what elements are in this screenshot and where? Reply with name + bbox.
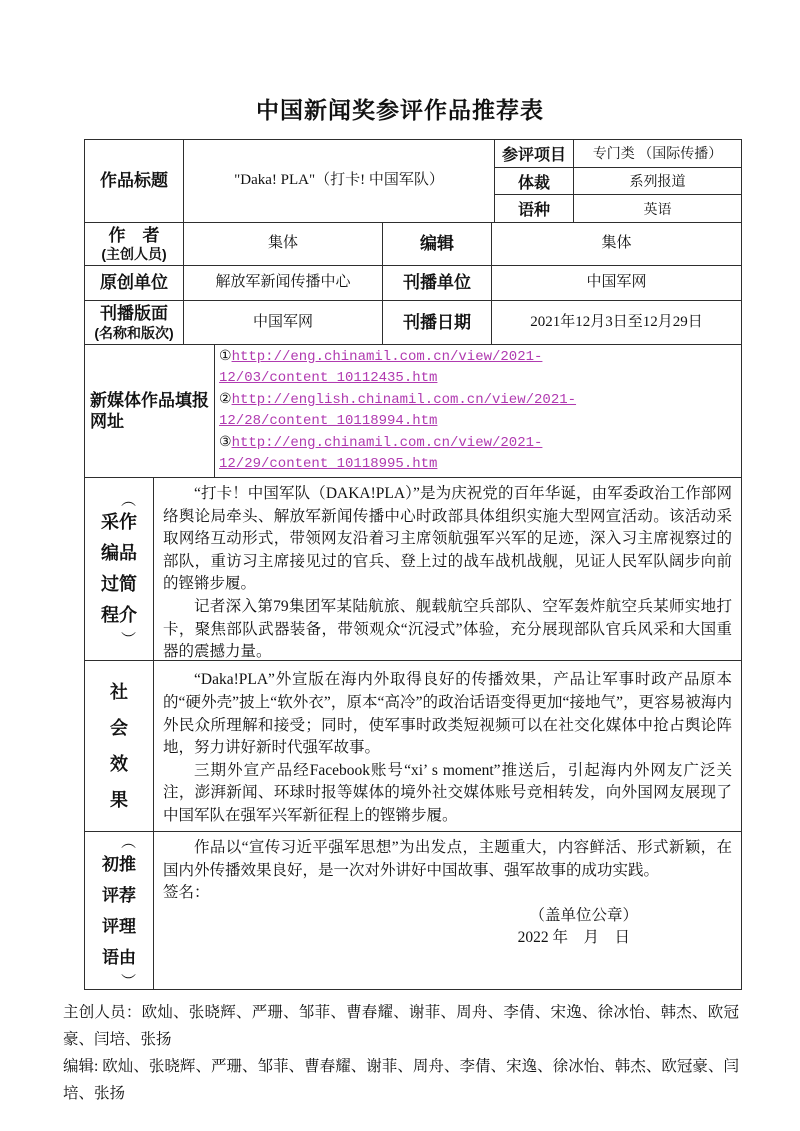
review-label-right: （ 推荐理由 ） — [119, 834, 136, 988]
author-value-cell: 集体 — [183, 223, 382, 265]
url-list: ①http://eng.chinamil.com.cn/view/2021-12… — [214, 345, 741, 477]
process-label-right-chars: 作品简介 — [119, 507, 137, 631]
url-link[interactable]: 12/28/content_10118994.htm — [219, 413, 437, 429]
meta-block: 参评项目 专门类 （国际传播） 体裁 系列报道 语种 英语 — [494, 140, 741, 222]
row-urls: 新媒体作品填报 网址 ①http://eng.chinamil.com.cn/v… — [85, 344, 741, 477]
paragraph: “Daka!PLA”外宣版在海内外取得良好的传播效果，产品让军事时政产品原本的“… — [163, 669, 732, 759]
author-label-cell: 作 者 (主创人员) — [85, 223, 183, 265]
vertical-label-char: 社 — [110, 674, 128, 710]
entry-category-label: 参评项目 — [495, 140, 573, 167]
entry-category-row: 参评项目 专门类 （国际传播） — [495, 140, 741, 167]
vertical-label-char: 推 — [119, 849, 136, 880]
publish-page-label: 刊播版面 — [100, 303, 168, 324]
publish-date-label: 刊播日期 — [403, 312, 471, 333]
vertical-label-char: 果 — [110, 782, 128, 818]
credits-footer: 主创人员：欧灿、张晓辉、严珊、邹菲、曹春耀、谢菲、周舟、李倩、宋逸、徐冰怡、韩杰… — [63, 999, 739, 1107]
vertical-label-char: 评 — [102, 911, 119, 942]
review-label-cell: 初评评语 （ 推荐理由 ） — [85, 832, 153, 989]
vertical-label-char: 过 — [101, 569, 119, 600]
url-line-continuation: 12/29/content_10118995.htm — [219, 454, 437, 476]
entry-category-value: 专门类 （国际传播） — [573, 140, 741, 167]
url-line: ①http://eng.chinamil.com.cn/view/2021- — [219, 347, 542, 369]
row-effect: 社会效果 “Daka!PLA”外宣版在海内外取得良好的传播效果，产品让军事时政产… — [85, 660, 741, 831]
publish-page-label-cell: 刊播版面 (名称和版次) — [85, 301, 183, 344]
original-unit-value: 解放军新闻传播中心 — [215, 273, 350, 293]
publish-unit-label-cell: 刊播单位 — [382, 266, 491, 300]
page-title: 中国新闻奖参评作品推荐表 — [0, 0, 800, 125]
publish-unit-value-cell: 中国军网 — [491, 266, 741, 300]
review-label-right-chars: 推荐理由 — [119, 849, 136, 973]
document-page: 中国新闻奖参评作品推荐表 作品标题 "Daka! PLA"（打卡! 中国军队） … — [0, 0, 800, 1131]
vertical-label-char: 作 — [119, 507, 137, 538]
work-title-label: 作品标题 — [100, 170, 168, 191]
close-paren: ） — [120, 631, 135, 646]
vertical-label-char: 语 — [102, 942, 119, 973]
vertical-label-char: 评 — [102, 880, 119, 911]
vertical-label-char: 由 — [119, 942, 136, 973]
work-title-label-cell: 作品标题 — [85, 140, 183, 222]
url-link[interactable]: 12/29/content_10118995.htm — [219, 456, 437, 472]
vertical-label-char: 简 — [119, 569, 137, 600]
vertical-label-char: 编 — [101, 538, 119, 569]
open-paren: （ — [120, 833, 135, 848]
work-title-value-cell: "Daka! PLA"（打卡! 中国军队） — [183, 140, 494, 222]
publish-page-value: 中国军网 — [253, 313, 313, 333]
recommendation-form-table: 作品标题 "Daka! PLA"（打卡! 中国军队） 参评项目 专门类 （国际传… — [84, 139, 742, 990]
genre-label: 体裁 — [495, 168, 573, 195]
vertical-label-char: 荐 — [119, 880, 136, 911]
url-label-line2: 网址 — [90, 411, 124, 432]
review-vertical-label: 初评评语 （ 推荐理由 ） — [102, 834, 136, 988]
publish-unit-value: 中国军网 — [586, 273, 646, 293]
vertical-label-char: 初 — [102, 849, 119, 880]
process-label-right: （ 作品简介 ） — [119, 492, 137, 646]
seal-note: （盖单位公章） — [163, 905, 732, 928]
process-label-cell: 采编过程 （ 作品简介 ） — [85, 478, 153, 660]
editor-label: 编辑 — [420, 233, 454, 254]
vertical-label-char: 采 — [101, 507, 119, 538]
url-link[interactable]: http://english.chinamil.com.cn/view/2021… — [232, 392, 576, 408]
url-label-line1: 新媒体作品填报 — [90, 390, 209, 411]
publish-date-label-cell: 刊播日期 — [382, 301, 491, 344]
genre-value: 系列报道 — [573, 168, 741, 195]
url-line: ②http://english.chinamil.com.cn/view/202… — [219, 390, 576, 412]
url-link[interactable]: http://eng.chinamil.com.cn/view/2021- — [232, 435, 543, 451]
publish-page-sublabel: (名称和版次) — [94, 325, 173, 342]
process-text: “打卡！中国军队（DAKA!PLA）”是为庆祝党的百年华诞，由军委政治工作部网络… — [153, 478, 741, 660]
review-text-cell: 作品以“宣传习近平强军思想”为出发点，主题重大，内容鲜活、形式新颖，在国内外传播… — [153, 832, 741, 989]
url-line: ③http://eng.chinamil.com.cn/view/2021- — [219, 433, 542, 455]
paragraph: 记者深入第79集团军某陆航旅、舰载航空兵部队、空军轰炸航空兵某师实地打卡，聚焦部… — [163, 596, 732, 660]
genre-row: 体裁 系列报道 — [495, 167, 741, 195]
review-paragraph: 作品以“宣传习近平强军思想”为出发点，主题重大，内容鲜活、形式新颖，在国内外传播… — [163, 837, 732, 882]
vertical-label-char: 程 — [101, 600, 119, 631]
effect-text: “Daka!PLA”外宣版在海内外取得良好的传播效果，产品让军事时政产品原本的“… — [153, 661, 741, 831]
editor-label-cell: 编辑 — [382, 223, 491, 265]
effect-vertical-label: 社会效果 — [110, 674, 128, 818]
original-unit-label-cell: 原创单位 — [85, 266, 183, 300]
paragraph: 三期外宣产品经Facebook账号“xi’ s moment”推送后，引起海内外… — [163, 760, 732, 828]
editors-line: 编辑: 欧灿、张晓辉、严珊、邹菲、曹春耀、谢菲、周舟、李倩、宋逸、徐冰怡、韩杰、… — [63, 1053, 739, 1107]
review-label-left: 初评评语 — [102, 849, 119, 973]
author-label: 作 者 — [109, 225, 160, 246]
publish-date-value-cell: 2021年12月3日至12月29日 — [491, 301, 741, 344]
language-value: 英语 — [573, 195, 741, 222]
process-vertical-label: 采编过程 （ 作品简介 ） — [101, 492, 137, 646]
close-paren: ） — [120, 972, 135, 987]
vertical-label-char: 会 — [110, 710, 128, 746]
process-label-left: 采编过程 — [101, 507, 119, 631]
row-process: 采编过程 （ 作品简介 ） “打卡！中国军队（DAKA!PLA）”是为庆祝党的百… — [85, 477, 741, 660]
vertical-label-char: 理 — [119, 911, 136, 942]
vertical-label-char: 介 — [119, 600, 137, 631]
row-units: 原创单位 解放军新闻传播中心 刊播单位 中国军网 — [85, 265, 741, 300]
signature-label: 签名： — [163, 882, 732, 905]
url-line-continuation: 12/28/content_10118994.htm — [219, 411, 437, 433]
effect-label-cell: 社会效果 — [85, 661, 153, 831]
publish-unit-label: 刊播单位 — [403, 272, 471, 293]
editor-value: 集体 — [601, 234, 631, 254]
language-row: 语种 英语 — [495, 194, 741, 222]
vertical-label-char: 品 — [119, 538, 137, 569]
row-page-date: 刊播版面 (名称和版次) 中国军网 刊播日期 2021年12月3日至12月29日 — [85, 300, 741, 344]
url-number: ② — [219, 392, 232, 408]
url-link[interactable]: 12/03/content_10112435.htm — [219, 370, 437, 386]
publish-date-value: 2021年12月3日至12月29日 — [530, 313, 703, 333]
creators-line: 主创人员：欧灿、张晓辉、严珊、邹菲、曹春耀、谢菲、周舟、李倩、宋逸、徐冰怡、韩杰… — [63, 999, 739, 1053]
date-line: 2022 年 月 日 — [163, 927, 732, 950]
paragraph: “打卡！中国军队（DAKA!PLA）”是为庆祝党的百年华诞，由军委政治工作部网络… — [163, 483, 732, 596]
url-link[interactable]: http://eng.chinamil.com.cn/view/2021- — [232, 349, 543, 365]
row-work-title: 作品标题 "Daka! PLA"（打卡! 中国军队） 参评项目 专门类 （国际传… — [85, 140, 741, 222]
author-sublabel: (主创人员) — [101, 246, 166, 263]
url-number: ① — [219, 349, 232, 365]
row-review: 初评评语 （ 推荐理由 ） 作品以“宣传习近平强军思想”为出发点，主题重大，内容… — [85, 831, 741, 989]
publish-page-value-cell: 中国军网 — [183, 301, 382, 344]
row-author-editor: 作 者 (主创人员) 集体 编辑 集体 — [85, 222, 741, 265]
original-unit-value-cell: 解放军新闻传播中心 — [183, 266, 382, 300]
language-label: 语种 — [495, 195, 573, 222]
url-number: ③ — [219, 435, 232, 451]
work-title-value: "Daka! PLA"（打卡! 中国军队） — [234, 171, 444, 191]
vertical-label-char: 效 — [110, 746, 128, 782]
url-line-continuation: 12/03/content_10112435.htm — [219, 368, 437, 390]
original-unit-label: 原创单位 — [100, 272, 168, 293]
open-paren: （ — [120, 492, 135, 507]
url-label-cell: 新媒体作品填报 网址 — [85, 345, 214, 477]
author-value: 集体 — [268, 234, 298, 254]
editor-value-cell: 集体 — [491, 223, 741, 265]
